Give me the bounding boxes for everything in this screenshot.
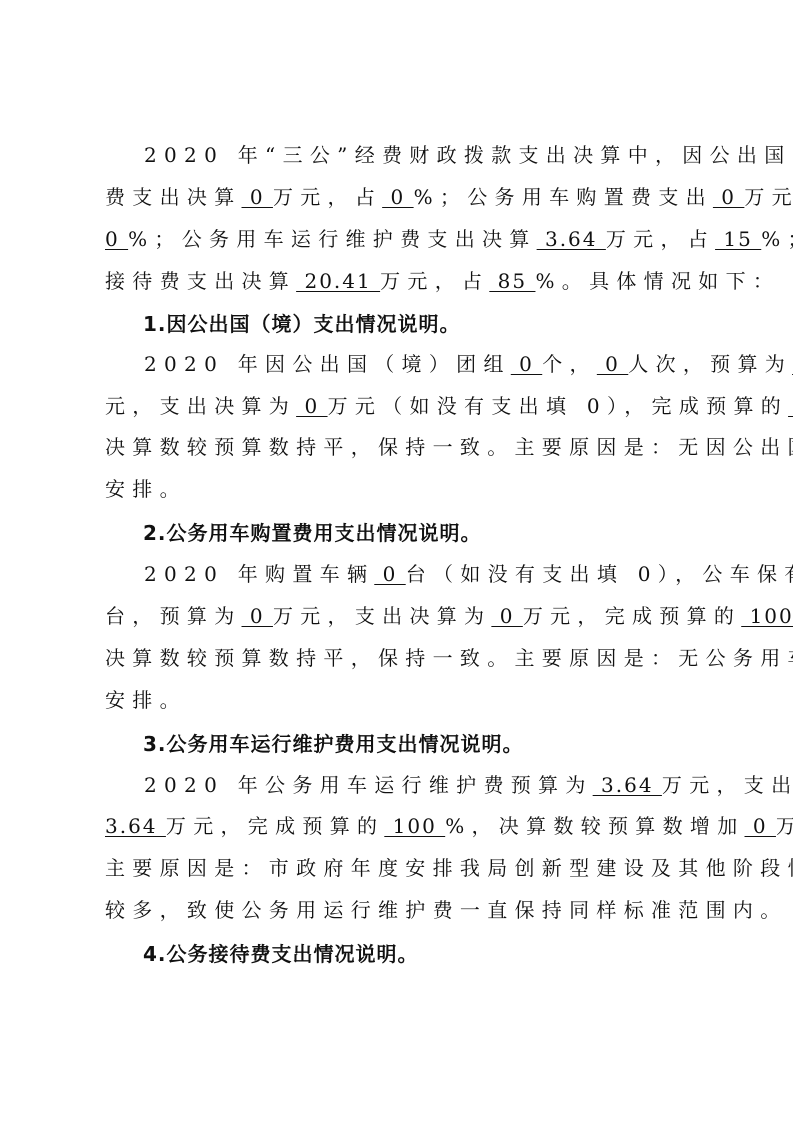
intro-line-3: 0 %；公务用车运行维护费支出决算 3.64 万元，占 15 %；公务 (105, 224, 690, 254)
section-2-line-4: 安排。 (105, 685, 690, 715)
text: %；公务 (761, 227, 793, 251)
text: 2020 年公务用车运行维护费预算为 (144, 773, 593, 797)
completion-pct: 100 (788, 394, 793, 418)
text: %。具体情况如下： (535, 269, 780, 293)
budget-amount: 0 (242, 604, 273, 628)
section-1-heading: 1.因公出国（境）支出情况说明。 (143, 309, 461, 339)
text: 万元，占 (744, 185, 793, 209)
section-3-line-3: 主要原因是：市政府年度安排我局创新型建设及其他阶段性工作 (105, 853, 690, 883)
vehicle-purchase-amount: 0 (713, 185, 744, 209)
section-1-line-2: 元，支出决算为 0 万元（如没有支出填 0），完成预算的 100 %， (105, 391, 690, 421)
section-3-line-2: 3.64 万元，完成预算的 100 %，决算数较预算数增加 0 万元。 (105, 811, 690, 841)
text: 台，预算为 (105, 604, 242, 628)
text: %；公务用车运行维护费支出决算 (128, 227, 537, 251)
text: 万元，占 (380, 269, 489, 293)
text: 接待费支出决算 (105, 269, 296, 293)
text: 万元，支出决算为 (662, 773, 793, 797)
intro-line-2: 费支出决算 0 万元，占 0 %；公务用车购置费支出 0 万元，占 (105, 182, 690, 212)
person-trips: 0 (597, 352, 628, 376)
section-1-line-4: 安排。 (105, 474, 690, 504)
text: 万元，占 (273, 185, 382, 209)
section-4-heading: 4.公务接待费支出情况说明。 (143, 939, 419, 969)
text: 万元（如没有支出填 0），完成预算的 (328, 394, 788, 418)
intro-line-4: 接待费支出决算 20.41 万元，占 85 %。具体情况如下： (105, 266, 690, 296)
completion-pct: 100 (384, 814, 445, 838)
section-1-line-1: 2020 年因公出国（境）团组 0 个， 0 人次，预算为 0 万 (144, 349, 690, 379)
text: 万元，占 (606, 227, 715, 251)
reception-amount: 20.41 (296, 269, 380, 293)
section-2-line-2: 台，预算为 0 万元，支出决算为 0 万元，完成预算的 100 %， (105, 601, 690, 631)
section-3-line-4: 较多，致使公务用运行维护费一直保持同样标准范围内。 (105, 895, 690, 925)
section-2-heading: 2.公务用车购置费用支出情况说明。 (143, 518, 482, 548)
document-page: 2020 年“三公”经费财政拨款支出决算中，因公出国（境） 费支出决算 0 万元… (0, 0, 793, 1122)
section-1-line-3: 决算数较预算数持平，保持一致。主要原因是：无因公出国（境） (105, 432, 690, 462)
section-2-line-3: 决算数较预算数持平，保持一致。主要原因是：无公务用车购置 (105, 643, 690, 673)
actual-amount: 0 (296, 394, 327, 418)
intro-line-1: 2020 年“三公”经费财政拨款支出决算中，因公出国（境） (144, 140, 690, 170)
vehicles-purchased: 0 (374, 562, 405, 586)
increase-amount: 0 (745, 814, 776, 838)
reception-pct: 85 (489, 269, 535, 293)
text: 费支出决算 (105, 185, 242, 209)
groups-count: 0 (511, 352, 542, 376)
text: 个， (542, 352, 597, 376)
text: 人次，预算为 (628, 352, 792, 376)
text: 元，支出决算为 (105, 394, 296, 418)
abroad-amount: 0 (242, 185, 273, 209)
section-3-heading: 3.公务用车运行维护费用支出情况说明。 (143, 729, 524, 759)
text: %；公务用车购置费支出 (414, 185, 713, 209)
budget-amount: 3.64 (593, 773, 662, 797)
text: 台（如没有支出填 0），公车保有量 (406, 562, 793, 586)
text: 2020 年“三公”经费财政拨款支出决算中，因公出国（境） (144, 143, 793, 167)
text: 2020 年因公出国（境）团组 (144, 352, 511, 376)
actual-amount: 0 (491, 604, 522, 628)
text: 万元，完成预算的 (523, 604, 741, 628)
vehicle-purchase-pct: 0 (105, 227, 128, 251)
text: 2020 年购置车辆 (144, 562, 374, 586)
text: 万元。 (776, 814, 793, 838)
vehicle-operation-amount: 3.64 (537, 227, 606, 251)
vehicle-operation-pct: 15 (715, 227, 761, 251)
section-2-line-1: 2020 年购置车辆 0 台（如没有支出填 0），公车保有量 1 (144, 559, 690, 589)
actual-amount: 3.64 (105, 814, 166, 838)
text: 万元，支出决算为 (273, 604, 491, 628)
text: 万元，完成预算的 (166, 814, 384, 838)
abroad-pct: 0 (382, 185, 413, 209)
completion-pct: 100 (741, 604, 793, 628)
text: %，决算数较预算数增加 (445, 814, 744, 838)
section-3-line-1: 2020 年公务用车运行维护费预算为 3.64 万元，支出决算为 (144, 770, 690, 800)
